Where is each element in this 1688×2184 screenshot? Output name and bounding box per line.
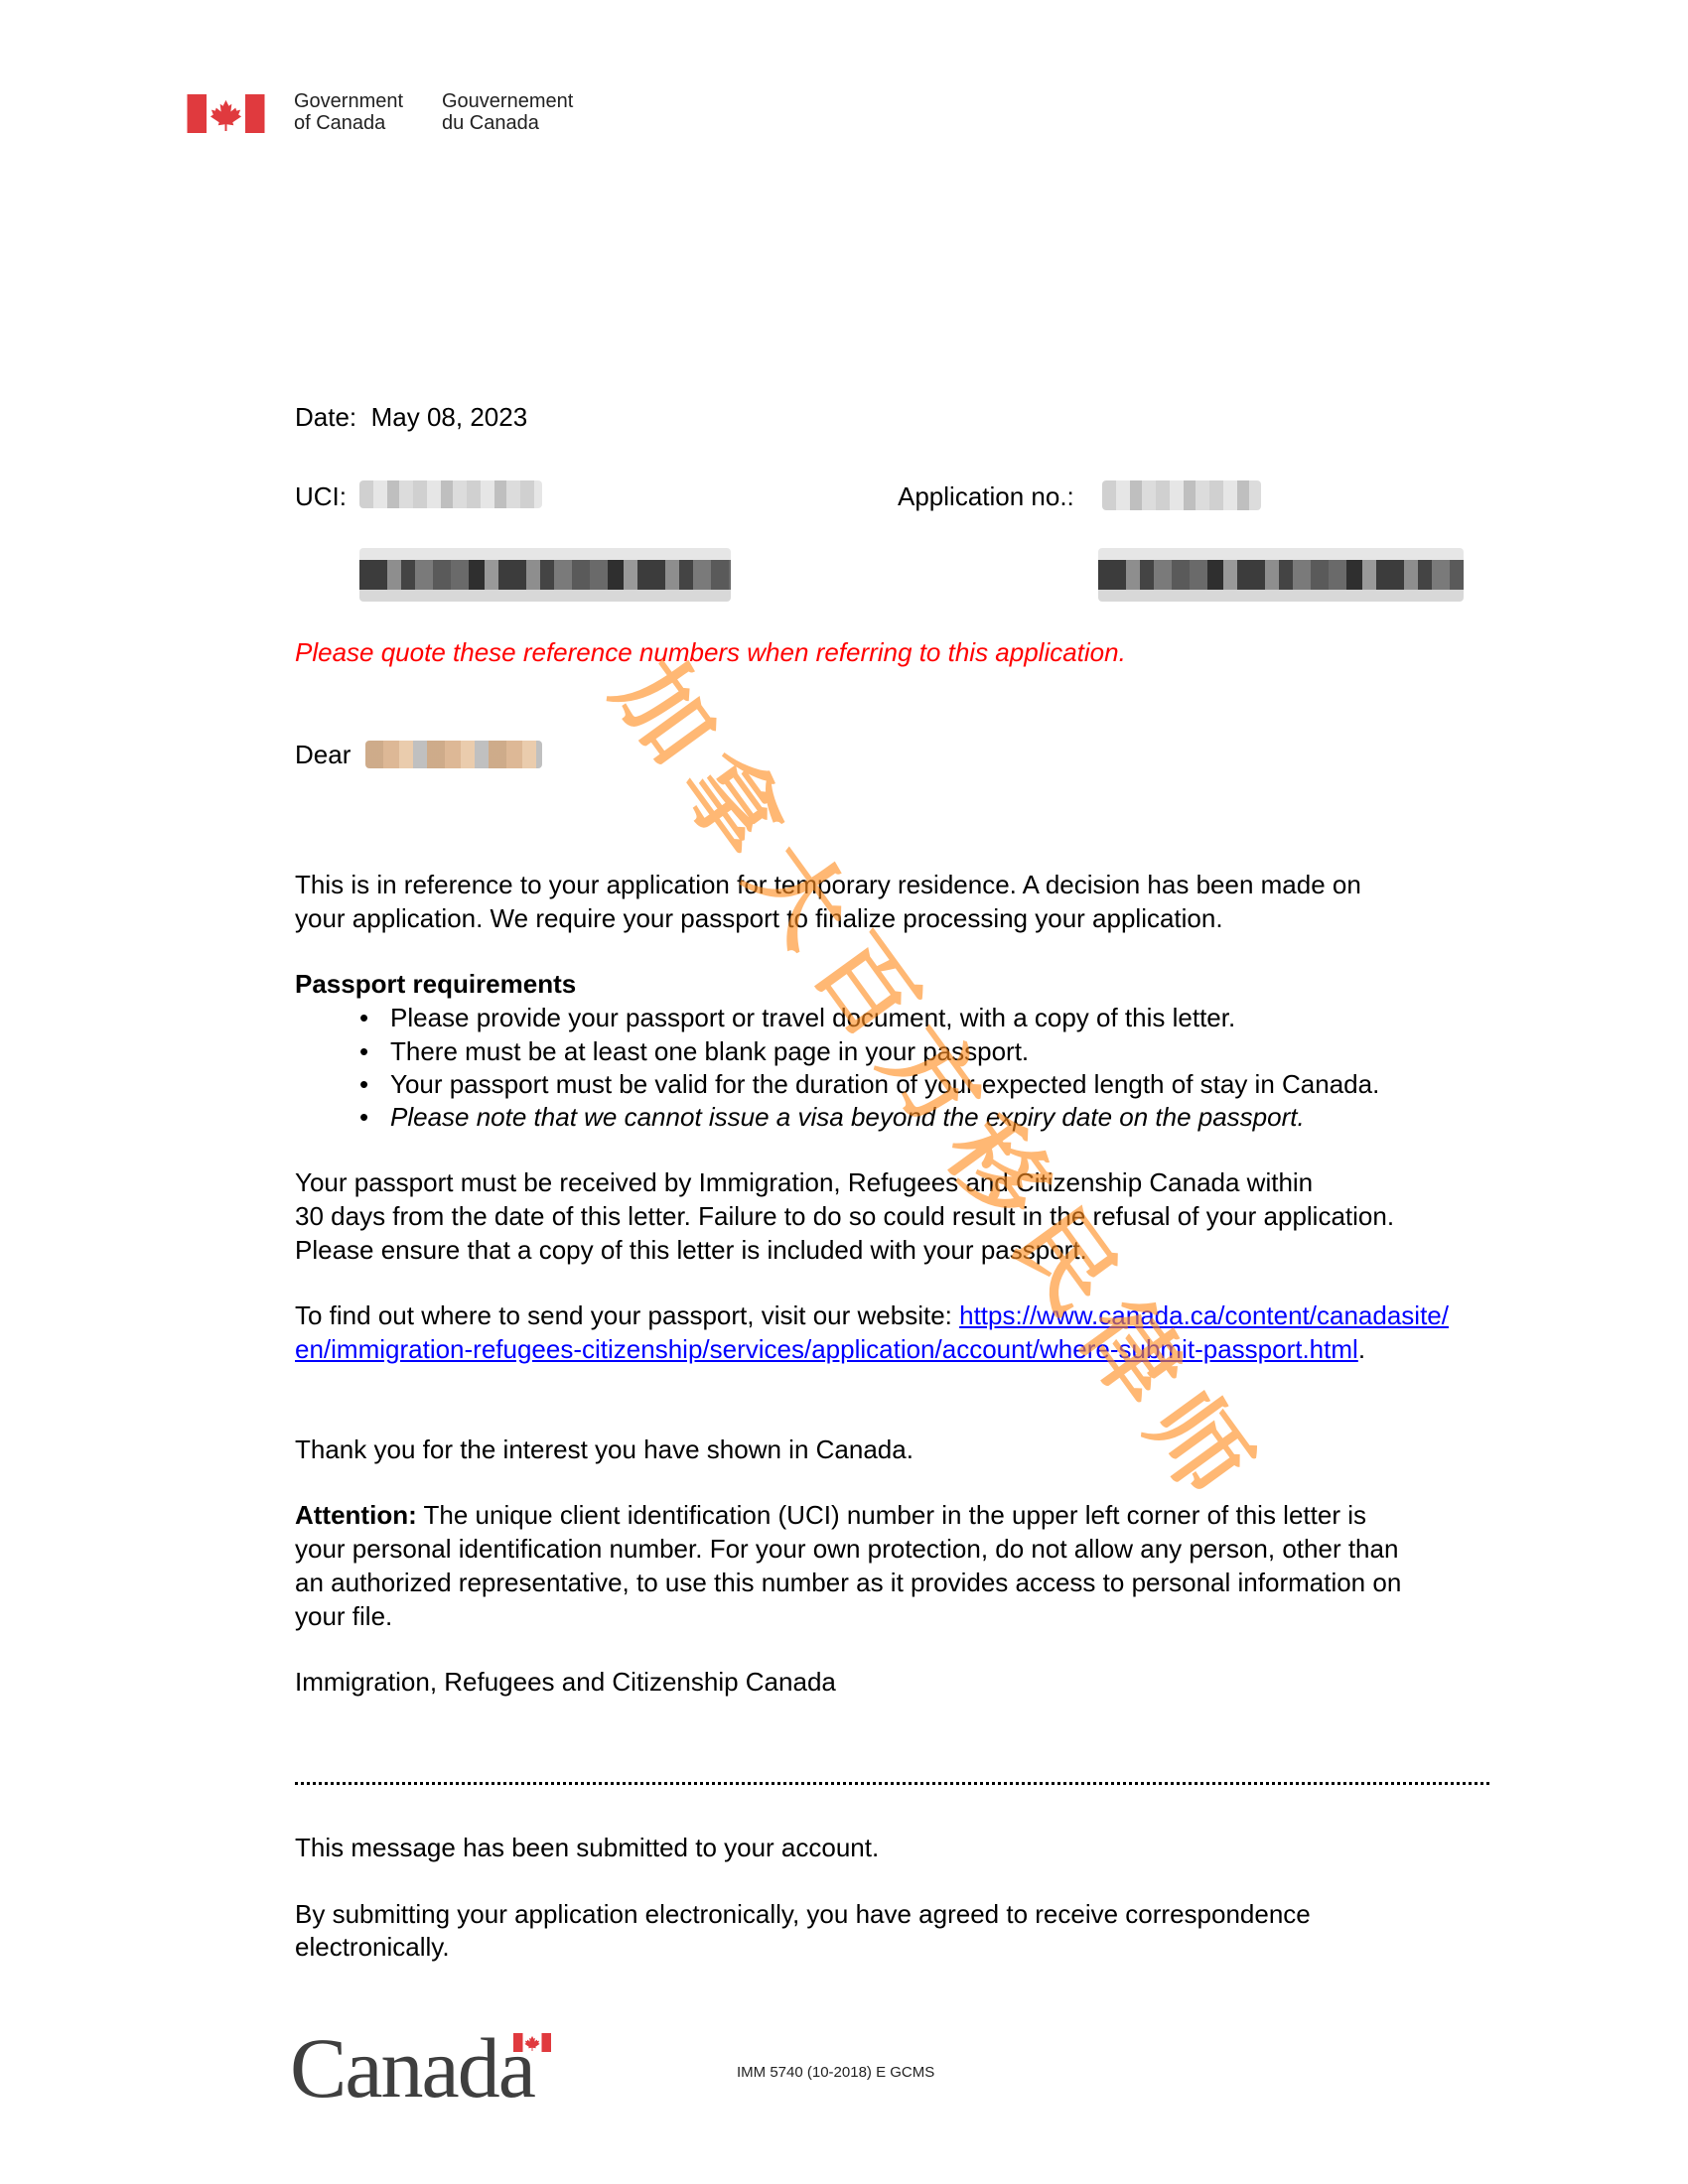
thanks-line: Thank you for the interest you have show… — [295, 1433, 914, 1466]
website-line1: To find out where to send your passport,… — [295, 1298, 1449, 1332]
uci-barcode-redacted — [359, 548, 731, 602]
attention-text: The unique client identification (UCI) n… — [417, 1500, 1366, 1530]
paragraph1-line1: This is in reference to your application… — [295, 868, 1361, 901]
bullet-icon: • — [359, 1034, 368, 1068]
government-fr-line2: du Canada — [442, 112, 573, 134]
paragraph1-line2: your application. We require your passpo… — [295, 901, 1223, 935]
recipient-name-redacted — [365, 741, 542, 768]
uci-redacted-value — [359, 480, 542, 508]
canada-flag-icon — [187, 94, 265, 133]
list-item: Please note that we cannot issue a visa … — [390, 1100, 1305, 1134]
form-identifier: IMM 5740 (10-2018) E GCMS — [737, 2065, 934, 2081]
bullet-icon: • — [359, 1001, 368, 1034]
uci-label: UCI: — [295, 479, 347, 513]
passport-submission-link[interactable]: https://www.canada.ca/content/canadasite… — [959, 1300, 1449, 1330]
attention-line2: your personal identification number. For… — [295, 1532, 1398, 1566]
passport-submission-link-continued[interactable]: en/immigration-refugees-citizenship/serv… — [295, 1334, 1358, 1364]
paragraph3-line3: Please ensure that a copy of this letter… — [295, 1233, 1087, 1267]
website-intro: To find out where to send your passport,… — [295, 1300, 959, 1330]
list-item: Your passport must be valid for the dura… — [390, 1067, 1379, 1101]
paragraph3-line1: Your passport must be received by Immigr… — [295, 1165, 1313, 1199]
application-number-label: Application no.: — [898, 479, 1074, 513]
date-label: Date: — [295, 402, 356, 432]
link-trailing-period: . — [1358, 1334, 1365, 1364]
government-en-label: Government of Canada — [294, 90, 403, 134]
consent-line2: electronically. — [295, 1930, 450, 1964]
canada-wordmark-flag-icon — [513, 2033, 551, 2052]
government-en-line2: of Canada — [294, 112, 403, 134]
attention-line3: an authorized representative, to use thi… — [295, 1566, 1401, 1599]
government-fr-label: Gouvernement du Canada — [442, 90, 573, 134]
government-fr-line1: Gouvernement — [442, 90, 573, 112]
application-number-redacted-value — [1102, 480, 1261, 510]
website-line2: en/immigration-refugees-citizenship/serv… — [295, 1332, 1365, 1366]
dotted-divider — [295, 1782, 1489, 1785]
canada-wordmark: Canada — [290, 2025, 534, 2111]
attention-label: Attention: — [295, 1500, 417, 1530]
application-barcode-redacted — [1098, 548, 1464, 602]
paragraph3-line2: 30 days from the date of this letter. Fa… — [295, 1199, 1394, 1233]
date-value: May 08, 2023 — [371, 402, 528, 432]
list-item: Please provide your passport or travel d… — [390, 1001, 1235, 1034]
salutation-label: Dear — [295, 740, 351, 769]
attention-line1: Attention: The unique client identificat… — [295, 1498, 1366, 1532]
reference-note: Please quote these reference numbers whe… — [295, 635, 1126, 669]
consent-line1: By submitting your application electroni… — [295, 1897, 1311, 1931]
signature: Immigration, Refugees and Citizenship Ca… — [295, 1665, 836, 1699]
date-line: Date: May 08, 2023 — [295, 400, 527, 434]
bullet-icon: • — [359, 1100, 368, 1134]
list-item: There must be at least one blank page in… — [390, 1034, 1029, 1068]
submitted-notice: This message has been submitted to your … — [295, 1831, 879, 1864]
government-en-line1: Government — [294, 90, 403, 112]
salutation: Dear — [295, 738, 351, 771]
attention-line4: your file. — [295, 1599, 392, 1633]
requirements-heading: Passport requirements — [295, 967, 576, 1001]
bullet-icon: • — [359, 1067, 368, 1101]
